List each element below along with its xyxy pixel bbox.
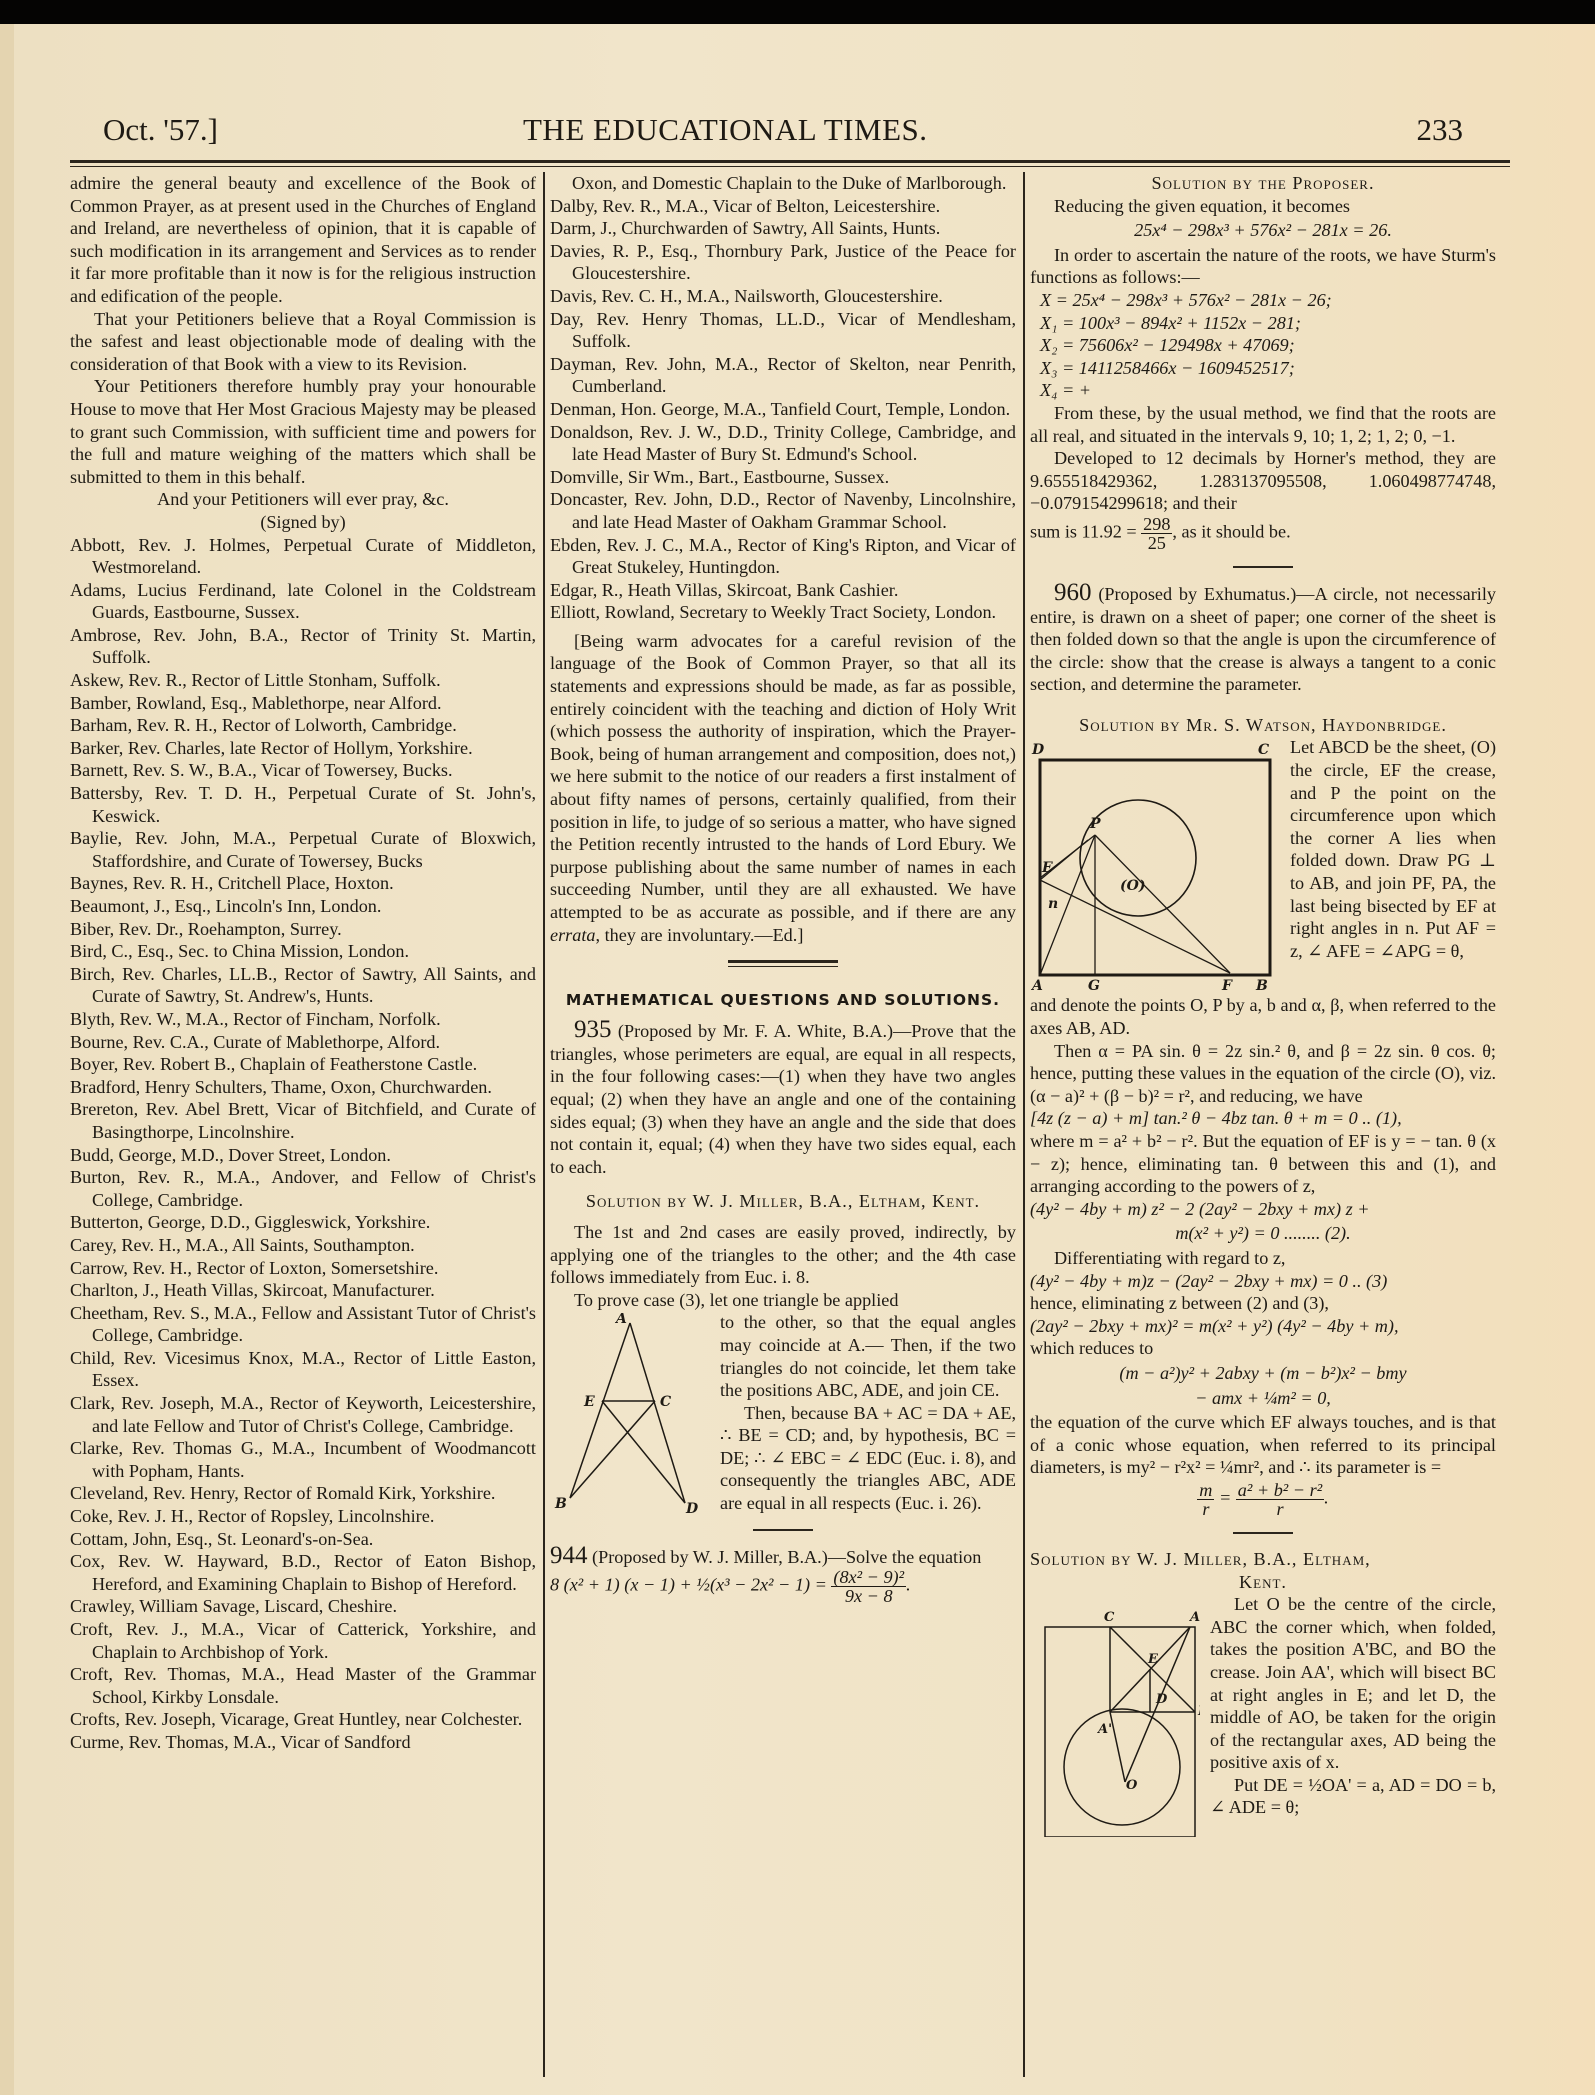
sum-line: sum is 11.92 = 29825, as it should be.: [1030, 515, 1496, 552]
question-960: 960 (Proposed by Exhumatus.)—A circle, n…: [1030, 582, 1496, 696]
signatory-entry: Askew, Rev. R., Rector of Little Stonham…: [70, 669, 536, 692]
petition-paragraph: admire the general beauty and excellence…: [70, 172, 536, 308]
scan-top-band: [0, 0, 1595, 24]
signatory-list-continued: Oxon, and Domestic Chaplain to the Duke …: [550, 172, 1016, 624]
signatory-entry: Carrow, Rev. H., Rector of Loxton, Somer…: [70, 1257, 536, 1280]
svg-text:E: E: [1041, 860, 1053, 876]
svg-text:P: P: [1089, 816, 1101, 832]
section-heading-math: MATHEMATICAL QUESTIONS AND SOLUTIONS.: [550, 989, 1016, 1011]
signatory-entry: Bourne, Rev. C.A., Curate of Mablethorpe…: [70, 1031, 536, 1054]
solution-paragraph: Then α = PA sin. θ = 2z sin.² θ, and β =…: [1030, 1040, 1496, 1108]
svg-text:O: O: [1126, 1778, 1138, 1793]
question-text: (Proposed by W. J. Miller, B.A.)—Solve t…: [592, 1547, 981, 1567]
question-number: 960: [1054, 579, 1092, 606]
svg-text:B: B: [1197, 1704, 1200, 1719]
svg-text:D: D: [1155, 1692, 1168, 1707]
equation-944: 8 (x² + 1) (x − 1) + ½(x³ − 2x² − 1) = (…: [550, 1568, 1016, 1605]
fraction-numerator: m: [1197, 1481, 1214, 1500]
signatory-entry: Donaldson, Rev. J. W., D.D., Trinity Col…: [550, 421, 1016, 466]
sturm-functions: X = 25x⁴ − 298x³ + 576x² − 281x − 26; X₁…: [1030, 289, 1496, 402]
solution-paragraph: In order to ascertain the nature of the …: [1030, 244, 1496, 289]
signatory-entry: Davis, Rev. C. H., M.A., Nailsworth, Glo…: [550, 285, 1016, 308]
solution-paragraph: where m = a² + b² − r². But the equation…: [1030, 1130, 1496, 1198]
svg-text:B: B: [554, 1496, 567, 1512]
signatory-entry: Croft, Rev. Thomas, M.A., Head Master of…: [70, 1663, 536, 1708]
signatory-entry: Budd, George, M.D., Dover Street, London…: [70, 1144, 536, 1167]
signatory-entry: Biber, Rev. Dr., Roehampton, Surrey.: [70, 918, 536, 941]
sum-fraction: 29825: [1141, 515, 1172, 552]
solution-heading: Solution by Mr. S. Watson, Haydonbridge.: [1030, 714, 1496, 737]
fraction-denominator: 25: [1141, 534, 1172, 552]
fraction-numerator: 298: [1141, 515, 1172, 534]
signatory-entry: Day, Rev. Henry Thomas, LL.D., Vicar of …: [550, 308, 1016, 353]
svg-text:C: C: [1104, 1610, 1115, 1625]
solution-paragraph: the equation of the curve which EF alway…: [1030, 1411, 1496, 1479]
fraction-numerator: a² + b² − r²: [1236, 1481, 1324, 1500]
equation-fraction: (8x² − 9)²9x − 8: [831, 1568, 906, 1605]
svg-text:C: C: [660, 1394, 671, 1410]
svg-text:G: G: [1088, 978, 1100, 990]
svg-text:E: E: [583, 1394, 595, 1410]
signatory-list: Abbott, Rev. J. Holmes, Perpetual Curate…: [70, 534, 536, 1754]
column-divider-2: [1023, 172, 1025, 2077]
signatory-entry: Butterton, George, D.D., Giggleswick, Yo…: [70, 1211, 536, 1234]
sum-text: sum is 11.92 =: [1030, 522, 1137, 542]
svg-text:A: A: [1030, 978, 1043, 990]
signatory-entry: Darm, J., Churchwarden of Sawtry, All Sa…: [550, 217, 1016, 240]
solution-paragraph: and denote the points O, P by a, b and α…: [1030, 994, 1496, 1039]
signatory-entry: Clarke, Rev. Thomas G., M.A., Incumbent …: [70, 1437, 536, 1482]
signatory-entry: Beaumont, J., Esq., Lincoln's Inn, Londo…: [70, 895, 536, 918]
solution-paragraph: Differentiating with regard to z,: [1030, 1247, 1496, 1270]
signatory-entry: Barham, Rev. R. H., Rector of Lolworth, …: [70, 714, 536, 737]
param-rhs: a² + b² − r²r: [1236, 1481, 1324, 1518]
parameter-equation: mr = a² + b² − r²r.: [1030, 1481, 1496, 1518]
signatory-entry: Bradford, Henry Schulters, Thame, Oxon, …: [70, 1076, 536, 1099]
solution-heading: Solution by W. J. Miller, B.A., Eltham,: [1030, 1548, 1496, 1571]
signatory-entry: Croft, Rev. J., M.A., Vicar of Catterick…: [70, 1618, 536, 1663]
separator: [753, 1529, 813, 1531]
solution-heading-cont: Kent.: [1030, 1571, 1496, 1594]
signatory-entry: Burton, Rev. R., M.A., Andover, and Fell…: [70, 1166, 536, 1211]
equation-5a: (m − a²)y² + 2abxy + (m − b²)x² − bmy: [1030, 1362, 1496, 1385]
signatory-entry: Blyth, Rev. W., M.A., Rector of Fincham,…: [70, 1008, 536, 1031]
fraction-denominator: r: [1236, 1500, 1324, 1518]
fraction-denominator: 9x − 8: [831, 1587, 906, 1605]
fraction-denominator: r: [1197, 1500, 1214, 1518]
signatory-entry: Cleveland, Rev. Henry, Rector of Romald …: [70, 1482, 536, 1505]
signatory-entry: Coke, Rev. J. H., Rector of Ropsley, Lin…: [70, 1505, 536, 1528]
issue-date: Oct. '57.]: [103, 112, 218, 148]
solution-paragraph: From these, by the usual method, we find…: [1030, 402, 1496, 447]
signatory-entry: Davies, R. P., Esq., Thornbury Park, Jus…: [550, 240, 1016, 285]
signatory-entry: Cheetham, Rev. S., M.A., Fellow and Assi…: [70, 1302, 536, 1347]
signed-by-label: (Signed by): [70, 511, 536, 534]
folded-sheet-figure: DC PE (O)n AG FB: [1030, 740, 1280, 990]
solution-heading: Solution by the Proposer.: [1030, 172, 1496, 195]
svg-text:A: A: [614, 1313, 627, 1327]
sum-text-end: , as it should be.: [1172, 522, 1290, 542]
signatory-entry: Clark, Rev. Joseph, M.A., Rector of Keyw…: [70, 1392, 536, 1437]
petition-paragraph: Your Petitioners therefore humbly pray y…: [70, 375, 536, 488]
signatory-entry: Cox, Rev. W. Hayward, B.D., Rector of Ea…: [70, 1550, 536, 1595]
column-1: admire the general beauty and excellence…: [70, 172, 536, 1754]
running-header: Oct. '57.] THE EDUCATIONAL TIMES. 233: [103, 112, 1463, 152]
column-3: Solution by the Proposer. Reducing the g…: [1030, 172, 1496, 1841]
section-separator: [728, 960, 838, 967]
equation-1: [4z (z − a) + m] tan.² θ − 4bz tan. θ + …: [1030, 1107, 1496, 1130]
signatory-entry: Cottam, John, Esq., St. Leonard's-on-Sea…: [70, 1528, 536, 1551]
signatory-entry: Crawley, William Savage, Liscard, Cheshi…: [70, 1595, 536, 1618]
triangle-figure: AEC BD: [550, 1313, 710, 1513]
sturm-function: X₂ = 75606x² − 129498x + 47069;: [1040, 334, 1496, 357]
signatory-entry: Ebden, Rev. J. C., M.A., Rector of King'…: [550, 534, 1016, 579]
separator: [1233, 1532, 1293, 1534]
signatory-entry: Boyer, Rev. Robert B., Chaplain of Feath…: [70, 1053, 536, 1076]
svg-text:n: n: [1048, 896, 1058, 912]
svg-text:B: B: [1255, 978, 1268, 990]
equation-lhs: 8 (x² + 1) (x − 1) + ½(x³ − 2x² − 1) =: [550, 1575, 827, 1595]
signatory-entry: Doncaster, Rev. John, D.D., Rector of Na…: [550, 488, 1016, 533]
separator: [1233, 566, 1293, 568]
equation-2a: (4y² − 4by + m) z² − 2 (2ay² − 2bxy + mx…: [1030, 1198, 1496, 1221]
signatory-entry: Elliott, Rowland, Secretary to Weekly Tr…: [550, 601, 1016, 624]
svg-text:A: A: [1188, 1610, 1200, 1625]
editor-note-end: , they are involuntary.—Ed.]: [595, 925, 803, 945]
equation-3: (4y² − 4by + m)z − (2ay² − 2bxy + mx) = …: [1030, 1270, 1496, 1293]
param-lhs: mr: [1197, 1481, 1214, 1518]
page-spine-edge: [0, 24, 15, 2095]
equation-5b: − amx + ¼m² = 0,: [1030, 1387, 1496, 1410]
reduced-equation: 25x⁴ − 298x³ + 576x² − 281x = 26.: [1030, 219, 1496, 242]
signatory-entry: Domville, Sir Wm., Bart., Eastbourne, Su…: [550, 466, 1016, 489]
editor-note-italic: errata: [550, 925, 595, 945]
header-rule: [70, 160, 1510, 163]
signatory-entry: Child, Rev. Vicesimus Knox, M.A., Rector…: [70, 1347, 536, 1392]
solution-paragraph: Reducing the given equation, it becomes: [1030, 195, 1496, 218]
header-rule-thin: [70, 166, 1510, 167]
solution-paragraph: which reduces to: [1030, 1337, 1496, 1360]
solution-paragraph: hence, eliminating z between (2) and (3)…: [1030, 1292, 1496, 1315]
signatory-entry: Bamber, Rowland, Esq., Mablethorpe, near…: [70, 692, 536, 715]
signatory-entry: Ambrose, Rev. John, B.A., Rector of Trin…: [70, 624, 536, 669]
signatory-entry: Baylie, Rev. John, M.A., Perpetual Curat…: [70, 827, 536, 872]
signatory-entry: Dalby, Rev. R., M.A., Vicar of Belton, L…: [550, 195, 1016, 218]
editor-note-text: [Being warm advocates for a careful revi…: [550, 631, 1016, 922]
solution-paragraph: To prove case (3), let one triangle be a…: [550, 1289, 1016, 1312]
svg-text:D: D: [685, 1501, 699, 1513]
equation-2b: m(x² + y²) = 0 ........ (2).: [1030, 1222, 1496, 1245]
svg-text:A': A': [1096, 1722, 1112, 1737]
solution-paragraph: Developed to 12 decimals by Horner's met…: [1030, 447, 1496, 515]
signatory-entry: Bird, C., Esq., Sec. to China Mission, L…: [70, 940, 536, 963]
svg-text:C: C: [1258, 742, 1269, 758]
signatory-entry: Barker, Rev. Charles, late Rector of Hol…: [70, 737, 536, 760]
fraction-numerator: (8x² − 9)²: [831, 1568, 906, 1587]
corner-fold-figure: CA ED BA' O: [1030, 1597, 1200, 1837]
signatory-entry: Crofts, Rev. Joseph, Vicarage, Great Hun…: [70, 1708, 536, 1731]
column-2: Oxon, and Domestic Chaplain to the Duke …: [550, 172, 1016, 1605]
page-number: 233: [1417, 112, 1464, 148]
petition-paragraph: That your Petitioners believe that a Roy…: [70, 308, 536, 376]
signatory-entry: Denman, Hon. George, M.A., Tanfield Cour…: [550, 398, 1016, 421]
petition-closing: And your Petitioners will ever pray, &c.: [70, 488, 536, 511]
sturm-function: X₃ = 1411258466x − 1609452517;: [1040, 357, 1496, 380]
svg-text:E: E: [1147, 1652, 1159, 1667]
equation-4: (2ay² − 2bxy + mx)² = m(x² + y²) (4y² − …: [1030, 1315, 1496, 1338]
signatory-entry: Curme, Rev. Thomas, M.A., Vicar of Sandf…: [70, 1731, 536, 1754]
signatory-entry: Adams, Lucius Ferdinand, late Colonel in…: [70, 579, 536, 624]
question-number: 935: [574, 1016, 612, 1043]
solution-paragraph: The 1st and 2nd cases are easily proved,…: [550, 1221, 1016, 1289]
svg-text:D: D: [1031, 742, 1045, 758]
signatory-entry: Battersby, Rev. T. D. H., Perpetual Cura…: [70, 782, 536, 827]
svg-text:(O): (O): [1120, 878, 1145, 894]
signatory-entry: Edgar, R., Heath Villas, Skircoat, Bank …: [550, 579, 1016, 602]
signatory-entry: Barnett, Rev. S. W., B.A., Vicar of Towe…: [70, 759, 536, 782]
sturm-function: X₁ = 100x³ − 894x² + 1152x − 281;: [1040, 312, 1496, 335]
question-944: 944 (Proposed by W. J. Miller, B.A.)—Sol…: [550, 1545, 1016, 1569]
publication-title: THE EDUCATIONAL TIMES.: [523, 112, 928, 148]
signatory-entry: Birch, Rev. Charles, LL.B., Rector of Sa…: [70, 963, 536, 1008]
signatory-entry: Baynes, Rev. R. H., Critchell Place, Hox…: [70, 872, 536, 895]
signatory-entry: Brereton, Rev. Abel Brett, Vicar of Bitc…: [70, 1098, 536, 1143]
signatory-entry: Oxon, and Domestic Chaplain to the Duke …: [550, 172, 1016, 195]
signatory-entry: Dayman, Rev. John, M.A., Rector of Skelt…: [550, 353, 1016, 398]
question-text: (Proposed by Exhumatus.)—A circle, not n…: [1030, 584, 1496, 694]
sturm-function: X = 25x⁴ − 298x³ + 576x² − 281x − 26;: [1040, 289, 1496, 312]
question-935: 935 (Proposed by Mr. F. A. White, B.A.)—…: [550, 1019, 1016, 1178]
question-text: (Proposed by Mr. F. A. White, B.A.)—Prov…: [550, 1021, 1016, 1177]
solution-heading: Solution by W. J. Miller, B.A., Eltham, …: [550, 1190, 1016, 1213]
column-divider-1: [543, 172, 545, 2077]
editor-note: [Being warm advocates for a careful revi…: [550, 630, 1016, 946]
svg-text:F: F: [1221, 978, 1233, 990]
signatory-entry: Charlton, J., Heath Villas, Skircoat, Ma…: [70, 1279, 536, 1302]
question-number: 944: [550, 1542, 588, 1569]
sturm-function: X₄ = +: [1040, 379, 1496, 402]
signatory-entry: Abbott, Rev. J. Holmes, Perpetual Curate…: [70, 534, 536, 579]
signatory-entry: Carey, Rev. H., M.A., All Saints, Southa…: [70, 1234, 536, 1257]
